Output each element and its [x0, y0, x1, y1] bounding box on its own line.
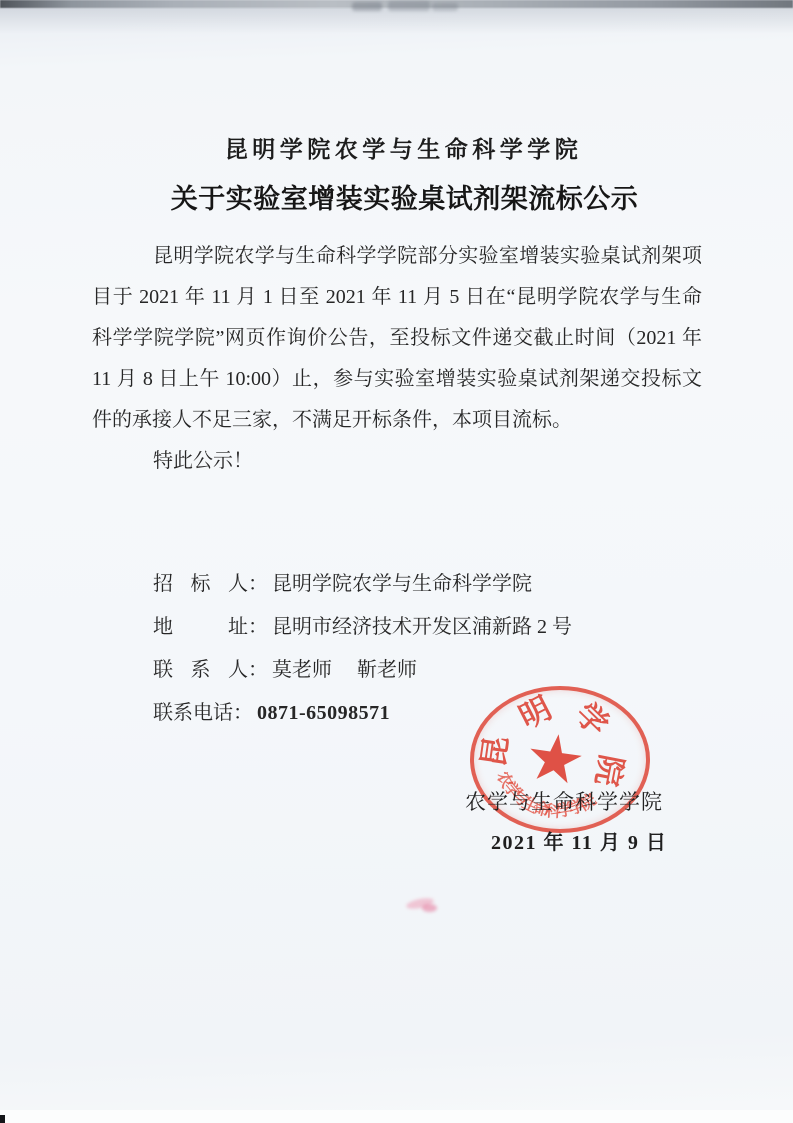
- body-line: 目于 2021 年 11 月 1 日至 2021 年 11 月 5 日在“昆明学…: [92, 277, 702, 318]
- signature-org: 农学与生命科学学院: [465, 786, 663, 816]
- closing-line: 特此公示！: [92, 441, 702, 482]
- person-value: 莫老师 靳老师: [272, 659, 417, 681]
- scan-bleedthrough-smudge: [352, 2, 382, 11]
- pink-ink-smudge: [422, 904, 437, 912]
- body-line: 科学学院学院”网页作询价公告，至投标文件递交截止时间（2021 年: [92, 318, 702, 359]
- scanned-document-page: 昆明学院农学与生命科学学院 关于实验室增装实验桌试剂架流标公示 昆明学院农学与生…: [0, 0, 793, 1123]
- bidder-label: 招标人: [153, 563, 248, 606]
- signature-date: 2021 年 11 月 9 日: [491, 826, 667, 855]
- address-label: 地址: [153, 606, 248, 649]
- label-char: 人: [228, 563, 248, 606]
- document-title-line2: 关于实验室增装实验桌试剂架流标公示: [8, 177, 793, 216]
- phone-value: 0871-65098571: [257, 702, 390, 724]
- label-char: 址: [228, 606, 248, 649]
- label-colon: ：: [233, 702, 253, 724]
- contact-row-person: 联系人：莫老师 靳老师: [153, 649, 572, 692]
- body-line: 11 月 8 日上午 10:00）止，参与实验室增装实验桌试剂架递交投标文: [92, 359, 702, 400]
- scan-corner-mark: [0, 1115, 5, 1123]
- contact-row-bidder: 招标人：昆明学院农学与生命科学学院: [153, 563, 572, 606]
- phone-label: 联系电话: [153, 692, 233, 735]
- bidder-value: 昆明学院农学与生命科学学院: [272, 573, 532, 595]
- scan-bleedthrough-smudge: [388, 1, 430, 11]
- label-char: 系: [191, 649, 211, 692]
- scan-bottom-edge: [0, 1110, 793, 1123]
- label-colon: ：: [248, 659, 268, 681]
- label-colon: ：: [248, 616, 268, 638]
- address-value: 昆明市经济技术开发区浦新路 2 号: [272, 616, 572, 638]
- label-char: 招: [153, 563, 173, 606]
- label-char: 标: [191, 563, 211, 606]
- person-label: 联系人: [153, 649, 248, 692]
- seal-outer-char: 昆: [468, 733, 517, 770]
- scan-top-band-fade: [0, 8, 793, 34]
- label-char: 人: [228, 649, 248, 692]
- body-line: 件的承接人不足三家，不满足开标条件，本项目流标。: [92, 400, 702, 441]
- document-title-line1: 昆明学院农学与生命科学学院: [7, 131, 793, 164]
- contact-row-address: 地址：昆明市经济技术开发区浦新路 2 号: [153, 606, 572, 649]
- scan-bleedthrough-smudge: [432, 3, 458, 11]
- body-paragraph: 昆明学院农学与生命科学学院部分实验室增装实验桌试剂架项 目于 2021 年 11…: [92, 236, 702, 482]
- label-colon: ：: [248, 573, 268, 595]
- body-line: 昆明学院农学与生命科学学院部分实验室增装实验桌试剂架项: [92, 236, 702, 277]
- label-char: 联: [153, 649, 173, 692]
- label-char: 地: [153, 606, 173, 649]
